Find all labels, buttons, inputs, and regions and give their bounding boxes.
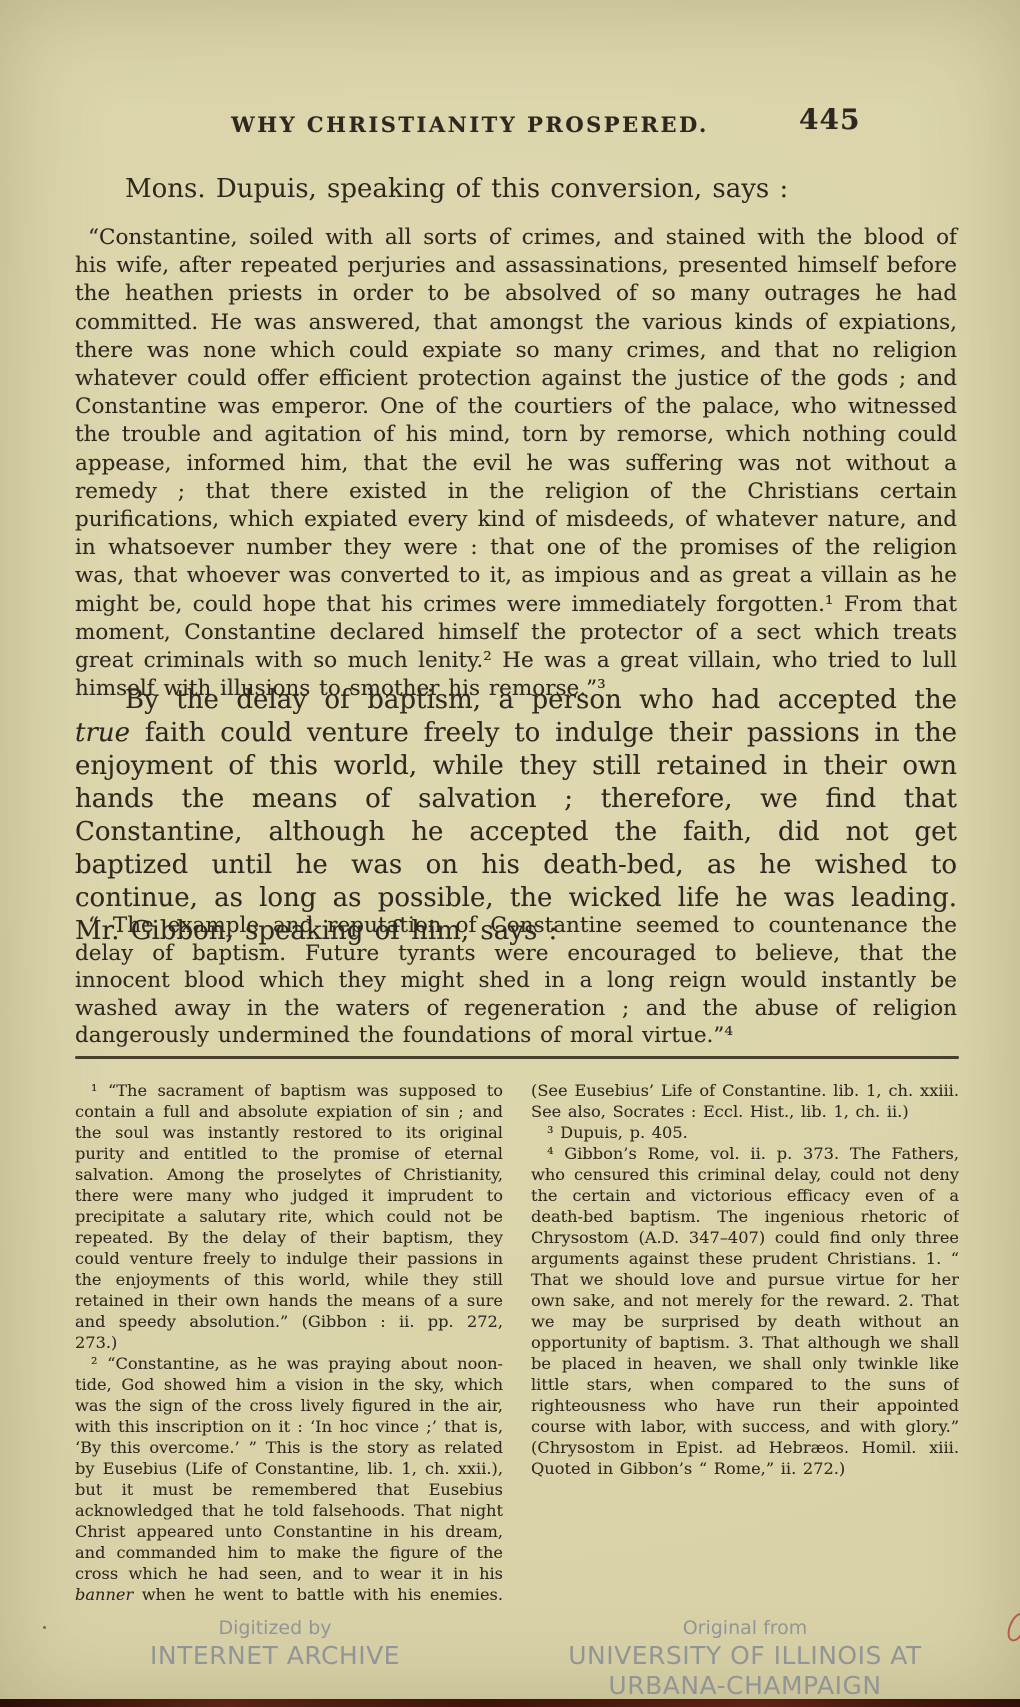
watermark-line-small: Digitized by: [75, 1615, 475, 1641]
footnote-3: ³ Dupuis, p. 405.: [531, 1122, 959, 1143]
footnotes-two-columns: ¹ “The sacrament of baptism was supposed…: [75, 1080, 959, 1608]
red-pen-mark: [1005, 1610, 1020, 1643]
footnote-4: ⁴ Gibbon’s Rome, vol. ii. p. 373. The Fa…: [531, 1143, 959, 1479]
footnote-1: ¹ “The sacrament of baptism was supposed…: [75, 1080, 503, 1353]
watermark-digitized-by: Digitized by INTERNET ARCHIVE: [75, 1615, 475, 1671]
footnote-divider-rule: [75, 1056, 959, 1059]
paragraph-delay-of-baptism: By the delay of baptism, a person who ha…: [75, 684, 957, 948]
watermark-original-from: Original from UNIVERSITY OF ILLINOIS AT …: [545, 1615, 945, 1701]
running-head: WHY CHRISTIANITY PROSPERED.: [190, 112, 750, 137]
watermark-line-small: Original from: [545, 1615, 945, 1641]
blockquote-gibbon: “ The example and reputation of Constant…: [75, 912, 957, 1050]
page-number: 445: [799, 103, 860, 136]
watermark-line-large: URBANA-CHAMPAIGN: [545, 1671, 945, 1701]
scan-speck: [43, 1626, 46, 1629]
scanned-book-page: WHY CHRISTIANITY PROSPERED. 445 Mons. Du…: [0, 0, 1020, 1707]
intro-line: Mons. Dupuis, speaking of this conversio…: [75, 174, 957, 204]
blockquote-dupuis: “Constantine, soiled with all sorts of c…: [75, 224, 957, 703]
watermark-line-large: UNIVERSITY OF ILLINOIS AT: [545, 1641, 945, 1671]
watermark-line-large: INTERNET ARCHIVE: [75, 1641, 475, 1671]
scan-edge-strip: [0, 1699, 1020, 1707]
